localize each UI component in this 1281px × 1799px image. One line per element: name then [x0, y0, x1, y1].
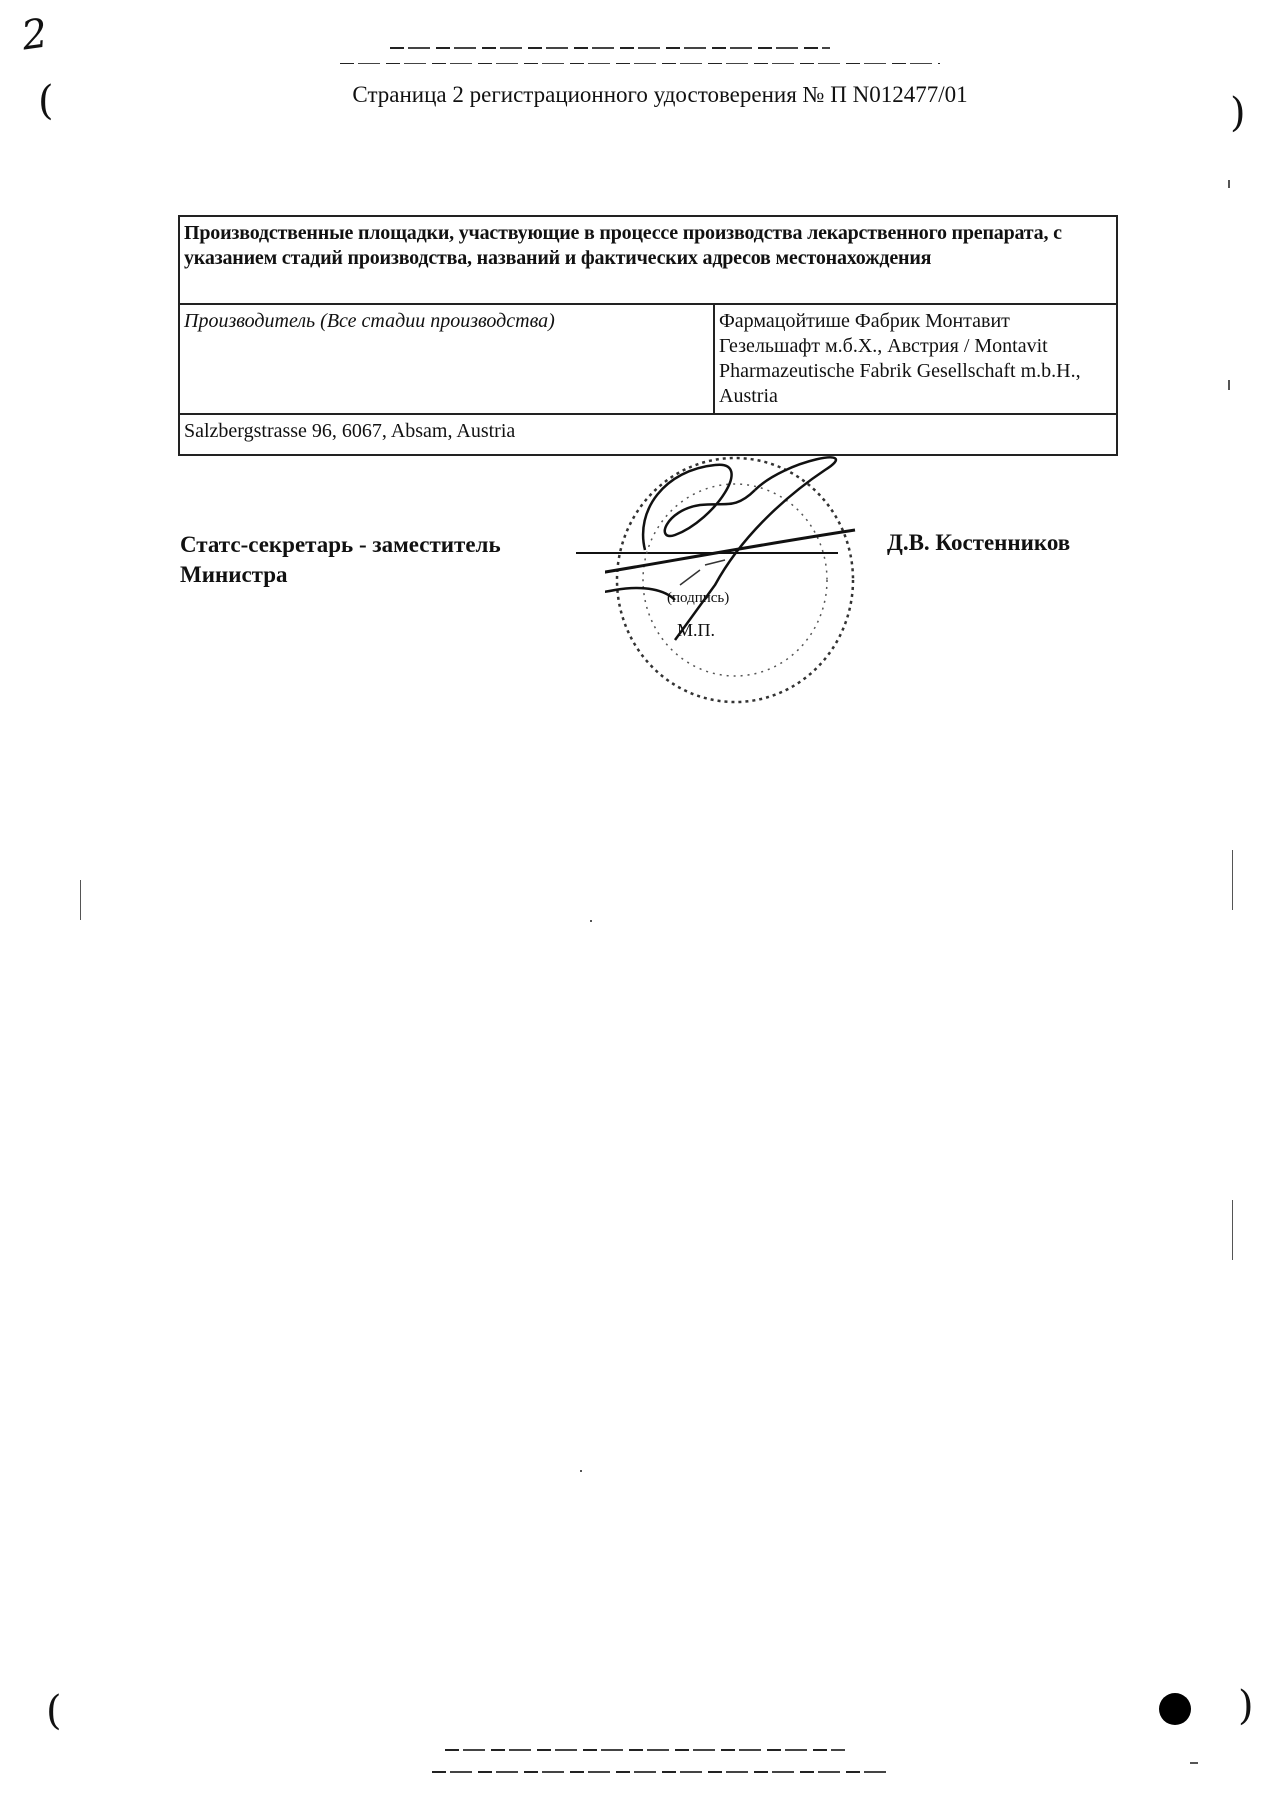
page-title: Страница 2 регистрационного удостоверени…	[0, 82, 1281, 108]
ink-blot-mark	[1159, 1693, 1191, 1725]
address-cell: Salzbergstrasse 96, 6067, Absam, Austria	[179, 414, 1117, 455]
seal-caption: М.П.	[677, 620, 715, 641]
scan-speck	[80, 880, 81, 920]
scan-speck	[1232, 850, 1233, 910]
margin-mark-right-bottom: )	[1238, 1683, 1254, 1729]
handwritten-page-number: 2	[19, 10, 51, 59]
scan-speck	[1228, 180, 1230, 188]
production-sites-table: Производственные площадки, участвующие в…	[178, 215, 1118, 456]
scan-artifact-bottom-2	[432, 1771, 892, 1773]
scan-speck	[590, 920, 592, 922]
signatory-name: Д.В. Костенников	[887, 530, 1070, 556]
signatory-title: Статс-секретарь - заместитель Министра	[180, 530, 501, 590]
scan-speck	[580, 1470, 582, 1472]
signatory-title-line1: Статс-секретарь - заместитель	[180, 530, 501, 560]
scan-artifact-bottom	[445, 1749, 845, 1751]
manufacturer-name-cell: Фармацойтише Фабрик Монтавит Гезельшафт …	[714, 304, 1117, 414]
scan-speck	[1228, 380, 1230, 390]
scan-speck	[1232, 1200, 1233, 1260]
signature-caption: (подпись)	[667, 590, 729, 607]
signatory-title-line2: Министра	[180, 560, 501, 590]
manufacturer-role-cell: Производитель (Все стадии производства)	[179, 304, 714, 414]
scan-speck	[1190, 1762, 1198, 1764]
margin-mark-left-bottom: (	[46, 1688, 62, 1734]
table-header-cell: Производственные площадки, участвующие в…	[179, 216, 1117, 304]
scan-artifact-top	[390, 47, 830, 49]
table-row: Производитель (Все стадии производства) …	[179, 304, 1117, 414]
scan-artifact-top-2	[340, 63, 940, 64]
official-seal-stamp-icon	[605, 450, 865, 710]
